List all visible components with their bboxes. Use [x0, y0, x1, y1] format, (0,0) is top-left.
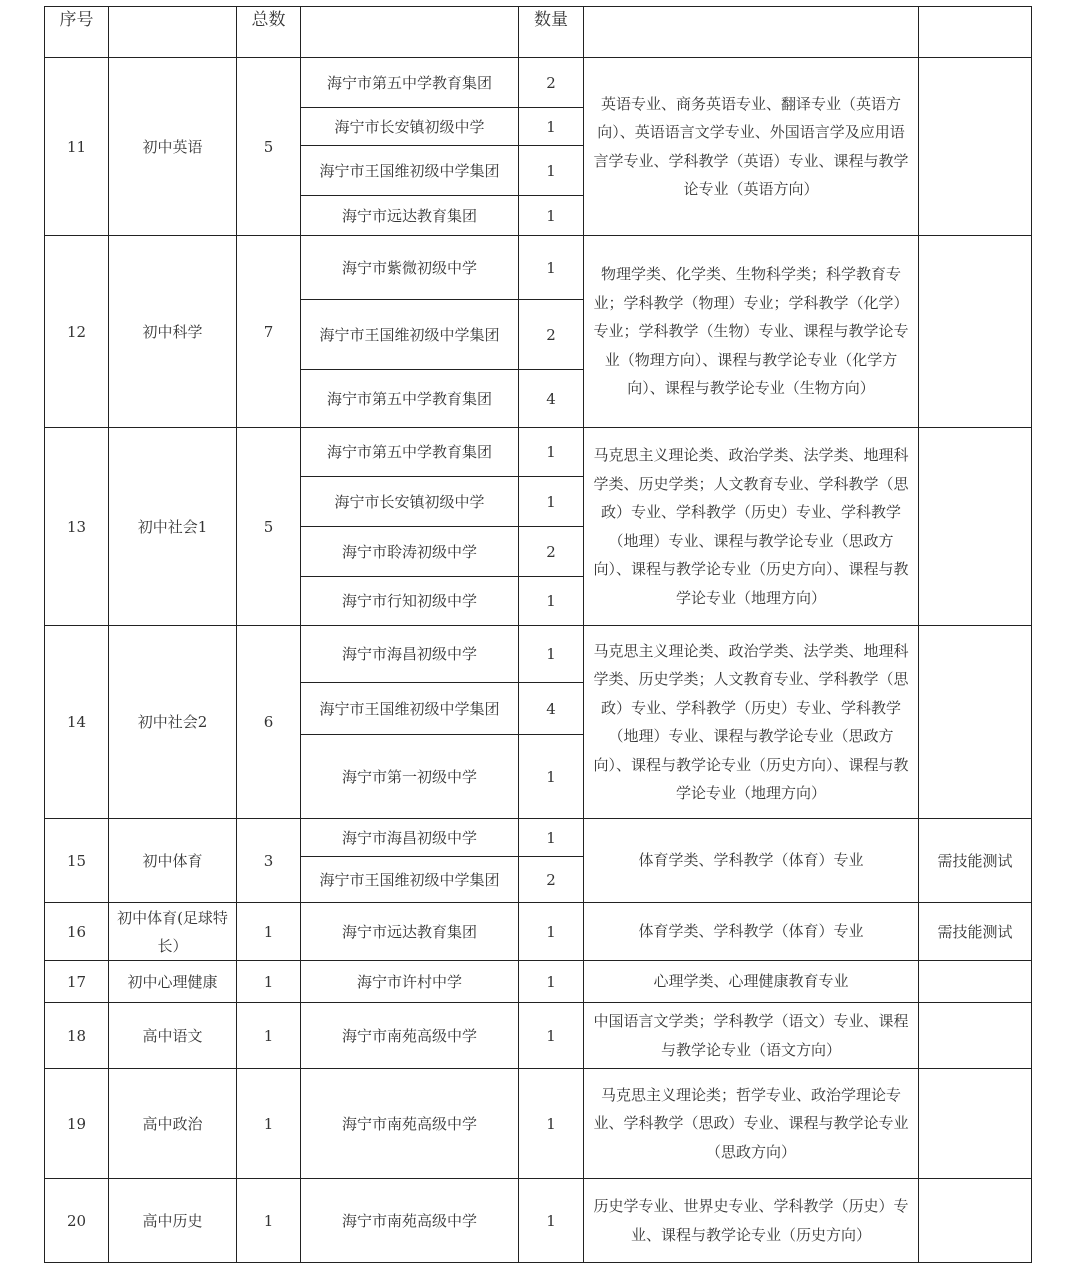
school-cell: 海宁市行知初级中学: [301, 577, 519, 626]
school-cell: 海宁市紫微初级中学: [301, 236, 519, 300]
count-cell: 1: [519, 236, 584, 300]
school-cell: 海宁市长安镇初级中学: [301, 108, 519, 146]
total-cell: 7: [237, 236, 301, 428]
requirement-cell: 物理学类、化学类、生物科学类；科学教育专业；学科教学（物理）专业；学科教学（化学…: [584, 236, 919, 428]
count-cell: 1: [519, 108, 584, 146]
count-cell: 1: [519, 903, 584, 961]
header-no: 序号: [45, 7, 109, 58]
row-number: 18: [45, 1003, 109, 1069]
row-number: 16: [45, 903, 109, 961]
note-cell: [919, 236, 1032, 428]
count-cell: 1: [519, 1069, 584, 1179]
note-cell: [919, 58, 1032, 236]
total-cell: 1: [237, 1179, 301, 1263]
count-cell: 1: [519, 428, 584, 477]
school-cell: 海宁市聆涛初级中学: [301, 527, 519, 577]
school-cell: 海宁市王国维初级中学集团: [301, 683, 519, 735]
header-note: [919, 7, 1032, 58]
school-cell: 海宁市海昌初级中学: [301, 819, 519, 857]
school-cell: 海宁市南苑高级中学: [301, 1003, 519, 1069]
count-cell: 1: [519, 196, 584, 236]
subject-cell: 初中社会2: [109, 626, 237, 819]
requirement-cell: 体育学类、学科教学（体育）专业: [584, 903, 919, 961]
count-cell: 1: [519, 819, 584, 857]
total-cell: 1: [237, 1069, 301, 1179]
table-row: 13初中社会15海宁市第五中学教育集团1马克思主义理论类、政治学类、法学类、地理…: [45, 428, 1032, 477]
count-cell: 1: [519, 577, 584, 626]
row-number: 20: [45, 1179, 109, 1263]
table-row: 15初中体育3海宁市海昌初级中学1体育学类、学科教学（体育）专业需技能测试: [45, 819, 1032, 857]
recruitment-table: 序号 总数 数量 11初中英语5海宁市第五中学教育集团2英语专业、商务英语专业、…: [44, 6, 1032, 1263]
requirement-cell: 英语专业、商务英语专业、翻译专业（英语方向）、英语语言文学专业、外国语言学及应用…: [584, 58, 919, 236]
note-cell: [919, 1179, 1032, 1263]
school-cell: 海宁市许村中学: [301, 961, 519, 1003]
count-cell: 1: [519, 735, 584, 819]
header-school: [301, 7, 519, 58]
count-cell: 2: [519, 58, 584, 108]
note-cell: [919, 1003, 1032, 1069]
row-number: 11: [45, 58, 109, 236]
subject-cell: 初中体育(足球特长）: [109, 903, 237, 961]
requirement-cell: 心理学类、心理健康教育专业: [584, 961, 919, 1003]
count-cell: 1: [519, 477, 584, 527]
header-subject: [109, 7, 237, 58]
total-cell: 5: [237, 428, 301, 626]
count-cell: 4: [519, 370, 584, 428]
school-cell: 海宁市第五中学教育集团: [301, 428, 519, 477]
requirement-cell: 马克思主义理论类；哲学专业、政治学理论专业、学科教学（思政）专业、课程与教学论专…: [584, 1069, 919, 1179]
header-count: 数量: [519, 7, 584, 58]
school-cell: 海宁市王国维初级中学集团: [301, 300, 519, 370]
note-cell: [919, 961, 1032, 1003]
school-cell: 海宁市长安镇初级中学: [301, 477, 519, 527]
table-row: 17初中心理健康1海宁市许村中学1心理学类、心理健康教育专业: [45, 961, 1032, 1003]
school-cell: 海宁市第五中学教育集团: [301, 58, 519, 108]
count-cell: 1: [519, 1179, 584, 1263]
count-cell: 1: [519, 1003, 584, 1069]
total-cell: 1: [237, 903, 301, 961]
school-cell: 海宁市王国维初级中学集团: [301, 857, 519, 903]
total-cell: 3: [237, 819, 301, 903]
subject-cell: 初中心理健康: [109, 961, 237, 1003]
note-cell: [919, 428, 1032, 626]
subject-cell: 初中社会1: [109, 428, 237, 626]
row-number: 19: [45, 1069, 109, 1179]
total-cell: 6: [237, 626, 301, 819]
school-cell: 海宁市王国维初级中学集团: [301, 146, 519, 196]
total-cell: 1: [237, 961, 301, 1003]
header-total: 总数: [237, 7, 301, 58]
subject-cell: 初中科学: [109, 236, 237, 428]
table-row: 12初中科学7海宁市紫微初级中学1物理学类、化学类、生物科学类；科学教育专业；学…: [45, 236, 1032, 300]
requirement-cell: 体育学类、学科教学（体育）专业: [584, 819, 919, 903]
table-row: 11初中英语5海宁市第五中学教育集团2英语专业、商务英语专业、翻译专业（英语方向…: [45, 58, 1032, 108]
row-number: 14: [45, 626, 109, 819]
count-cell: 1: [519, 626, 584, 683]
total-cell: 5: [237, 58, 301, 236]
table-row: 19高中政治1海宁市南苑高级中学1马克思主义理论类；哲学专业、政治学理论专业、学…: [45, 1069, 1032, 1179]
row-number: 15: [45, 819, 109, 903]
count-cell: 2: [519, 300, 584, 370]
table-row: 16初中体育(足球特长）1海宁市远达教育集团1体育学类、学科教学（体育）专业需技…: [45, 903, 1032, 961]
requirement-cell: 历史学专业、世界史专业、学科教学（历史）专业、课程与教学论专业（历史方向）: [584, 1179, 919, 1263]
note-cell: 需技能测试: [919, 903, 1032, 961]
subject-cell: 高中政治: [109, 1069, 237, 1179]
school-cell: 海宁市远达教育集团: [301, 196, 519, 236]
table-row: 20高中历史1海宁市南苑高级中学1历史学专业、世界史专业、学科教学（历史）专业、…: [45, 1179, 1032, 1263]
school-cell: 海宁市南苑高级中学: [301, 1179, 519, 1263]
subject-cell: 高中历史: [109, 1179, 237, 1263]
note-cell: [919, 1069, 1032, 1179]
row-number: 13: [45, 428, 109, 626]
school-cell: 海宁市远达教育集团: [301, 903, 519, 961]
school-cell: 海宁市海昌初级中学: [301, 626, 519, 683]
header-requirement: [584, 7, 919, 58]
count-cell: 1: [519, 961, 584, 1003]
table-row: 14初中社会26海宁市海昌初级中学1马克思主义理论类、政治学类、法学类、地理科学…: [45, 626, 1032, 683]
count-cell: 4: [519, 683, 584, 735]
header-row: 序号 总数 数量: [45, 7, 1032, 58]
subject-cell: 高中语文: [109, 1003, 237, 1069]
count-cell: 2: [519, 527, 584, 577]
total-cell: 1: [237, 1003, 301, 1069]
subject-cell: 初中英语: [109, 58, 237, 236]
count-cell: 1: [519, 146, 584, 196]
row-number: 17: [45, 961, 109, 1003]
school-cell: 海宁市第五中学教育集团: [301, 370, 519, 428]
row-number: 12: [45, 236, 109, 428]
note-cell: 需技能测试: [919, 819, 1032, 903]
count-cell: 2: [519, 857, 584, 903]
table-row: 18高中语文1海宁市南苑高级中学1中国语言文学类；学科教学（语文）专业、课程与教…: [45, 1003, 1032, 1069]
note-cell: [919, 626, 1032, 819]
requirement-cell: 马克思主义理论类、政治学类、法学类、地理科学类、历史学类；人文教育专业、学科教学…: [584, 626, 919, 819]
school-cell: 海宁市南苑高级中学: [301, 1069, 519, 1179]
subject-cell: 初中体育: [109, 819, 237, 903]
requirement-cell: 马克思主义理论类、政治学类、法学类、地理科学类、历史学类；人文教育专业、学科教学…: [584, 428, 919, 626]
requirement-cell: 中国语言文学类；学科教学（语文）专业、课程与教学论专业（语文方向）: [584, 1003, 919, 1069]
school-cell: 海宁市第一初级中学: [301, 735, 519, 819]
